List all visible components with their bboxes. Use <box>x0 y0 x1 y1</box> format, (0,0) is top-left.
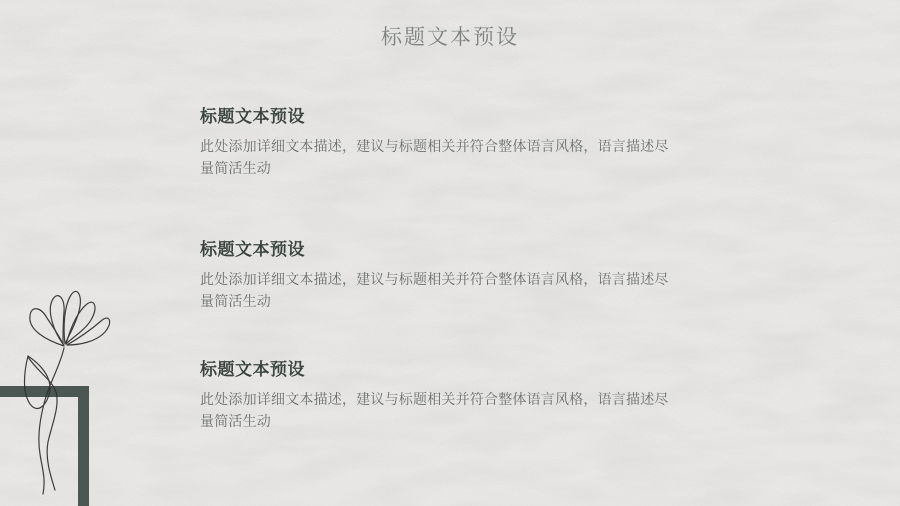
section-heading: 标题文本预设 <box>200 105 680 129</box>
section-heading: 标题文本预设 <box>200 238 680 262</box>
section-heading: 标题文本预设 <box>200 358 680 382</box>
text-block-1: 标题文本预设 此处添加详细文本描述，建议与标题相关并符合整体语言风格，语言描述尽… <box>200 105 680 179</box>
text-block-3: 标题文本预设 此处添加详细文本描述，建议与标题相关并符合整体语言风格，语言描述尽… <box>200 358 680 432</box>
corner-frame-vertical-bar <box>78 386 89 506</box>
section-body: 此处添加详细文本描述，建议与标题相关并符合整体语言风格，语言描述尽量简活生动 <box>200 269 680 312</box>
section-body: 此处添加详细文本描述，建议与标题相关并符合整体语言风格，语言描述尽量简活生动 <box>200 389 680 432</box>
section-body: 此处添加详细文本描述，建议与标题相关并符合整体语言风格，语言描述尽量简活生动 <box>200 136 680 179</box>
slide-title: 标题文本预设 <box>0 21 900 51</box>
corner-frame-horizontal-bar <box>0 386 89 397</box>
text-block-2: 标题文本预设 此处添加详细文本描述，建议与标题相关并符合整体语言风格，语言描述尽… <box>200 238 680 312</box>
slide-canvas: 标题文本预设 标题文本预设 此处添加详细文本描述，建议与标题相关并符合整体语言风… <box>0 0 900 506</box>
